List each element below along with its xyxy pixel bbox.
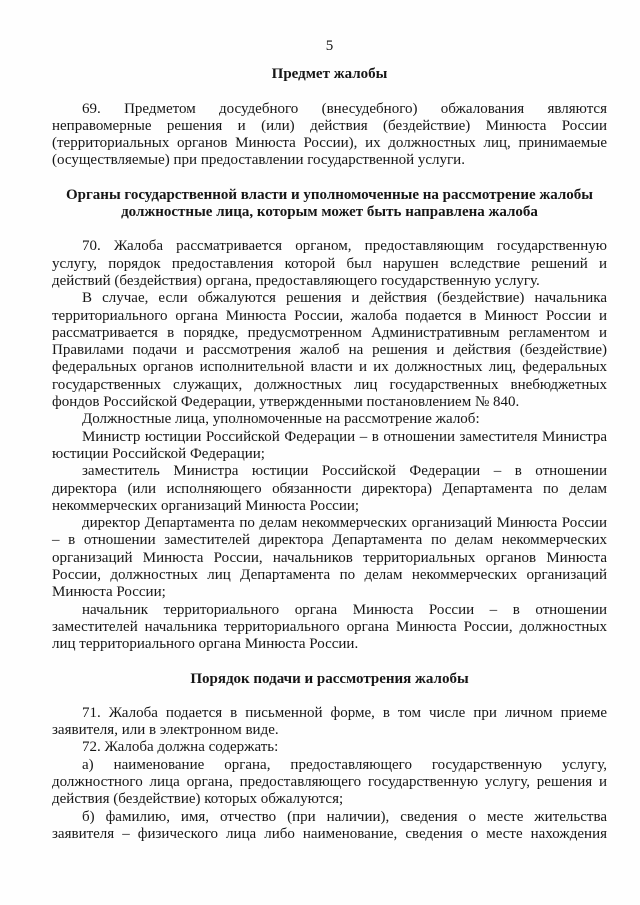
document-page: 5 Предмет жалобы 69. Предметом досудебно… xyxy=(0,0,640,905)
heading-authorities-and-officials: Органы государственной власти и уполномо… xyxy=(52,187,607,222)
paragraph-72: 72. Жалоба должна содержать: xyxy=(52,739,607,756)
paragraph-official-territorial-head: начальник территориального органа Минюст… xyxy=(52,602,607,654)
paragraph-official-deputy-minister: заместитель Министра юстиции Российской … xyxy=(52,463,607,515)
paragraph-officials-intro: Должностные лица, уполномоченные на расс… xyxy=(52,411,607,428)
page-number: 5 xyxy=(52,38,607,55)
heading-subject-of-complaint: Предмет жалобы xyxy=(52,66,607,83)
paragraph-official-department-director: директор Департамента по делам некоммерч… xyxy=(52,515,607,601)
heading-complaint-procedure: Порядок подачи и рассмотрения жалобы xyxy=(52,671,607,688)
paragraph-70: 70. Жалоба рассматривается органом, пред… xyxy=(52,238,607,290)
paragraph-70-appeal-case: В случае, если обжалуются решения и дейс… xyxy=(52,290,607,411)
paragraph-71: 71. Жалоба подается в письменной форме, … xyxy=(52,705,607,740)
paragraph-72-item-b: б) фамилию, имя, отчество (при наличии),… xyxy=(52,809,607,844)
paragraph-72-item-a: а) наименование органа, предоставляющего… xyxy=(52,757,607,809)
paragraph-69: 69. Предметом досудебного (внесудебного)… xyxy=(52,101,607,170)
paragraph-official-minister: Министр юстиции Российской Федерации – в… xyxy=(52,429,607,464)
